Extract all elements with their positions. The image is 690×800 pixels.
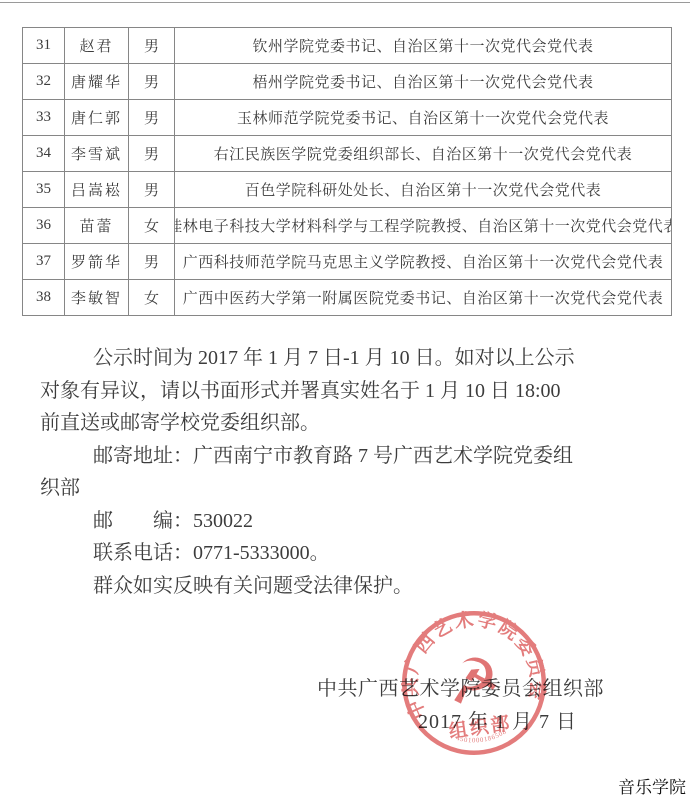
mailing-address-line: 邮寄地址：广西南宁市教育路 7 号广西艺术学院党委组 <box>40 440 656 473</box>
table-row: 32 唐耀华 男 梧州学院党委书记、自治区第十一次党代会党代表 <box>23 63 671 99</box>
table-row: 31 赵君 男 钦州学院党委书记、自治区第十一次党代会党代表 <box>23 28 671 63</box>
candidate-gender: 女 <box>128 208 174 243</box>
candidate-title: 百色学院科研处处长、自治区第十一次党代会党代表 <box>174 172 671 207</box>
notice-body: 公示时间为 2017 年 1 月 7 日-1 月 10 日。如对以上公示 对象有… <box>40 342 656 602</box>
candidate-gender: 女 <box>128 280 174 315</box>
candidate-title: 桂林电子科技大学材料科学与工程学院教授、自治区第十一次党代会党代表 <box>174 208 671 243</box>
candidate-gender: 男 <box>128 136 174 171</box>
candidate-gender: 男 <box>128 28 174 63</box>
candidate-gender: 男 <box>128 64 174 99</box>
row-number: 36 <box>23 208 64 243</box>
legal-protection-line: 群众如实反映有关问题受法律保护。 <box>40 570 656 603</box>
row-number: 38 <box>23 280 64 315</box>
official-seal: 中共广西艺术学院委员会 ☭ 组织部 4501000186508 <box>389 598 558 767</box>
contact-phone-line: 联系电话：0771-5333000。 <box>40 537 656 570</box>
candidates-table: 31 赵君 男 钦州学院党委书记、自治区第十一次党代会党代表 32 唐耀华 男 … <box>22 27 672 316</box>
row-number: 37 <box>23 244 64 279</box>
candidate-name: 李雪斌 <box>64 136 128 171</box>
candidate-name: 苗蕾 <box>64 208 128 243</box>
table-row: 37 罗箭华 男 广西科技师范学院马克思主义学院教授、自治区第十一次党代会党代表 <box>23 243 671 279</box>
row-number: 35 <box>23 172 64 207</box>
candidate-name: 唐仁郭 <box>64 100 128 135</box>
notice-line: 公示时间为 2017 年 1 月 7 日-1 月 10 日。如对以上公示 <box>40 342 656 375</box>
postal-code-line: 邮 编：530022 <box>40 505 656 538</box>
candidate-name: 吕嵩崧 <box>64 172 128 207</box>
candidate-title: 广西科技师范学院马克思主义学院教授、自治区第十一次党代会党代表 <box>174 244 671 279</box>
candidate-name: 李敏智 <box>64 280 128 315</box>
previous-row-divider <box>0 2 690 3</box>
mailing-address-line: 织部 <box>40 472 656 505</box>
candidate-gender: 男 <box>128 244 174 279</box>
candidate-title: 广西中医药大学第一附属医院党委书记、自治区第十一次党代会党代表 <box>174 280 671 315</box>
row-number: 34 <box>23 136 64 171</box>
candidate-title: 钦州学院党委书记、自治区第十一次党代会党代表 <box>174 28 671 63</box>
candidate-title: 玉林师范学院党委书记、自治区第十一次党代会党代表 <box>174 100 671 135</box>
document-page: 31 赵君 男 钦州学院党委书记、自治区第十一次党代会党代表 32 唐耀华 男 … <box>0 0 690 800</box>
table-row: 33 唐仁郭 男 玉林师范学院党委书记、自治区第十一次党代会党代表 <box>23 99 671 135</box>
row-number: 31 <box>23 28 64 63</box>
hammer-sickle-icon: ☭ <box>442 643 505 720</box>
candidate-gender: 男 <box>128 100 174 135</box>
candidate-title: 梧州学院党委书记、自治区第十一次党代会党代表 <box>174 64 671 99</box>
table-row: 36 苗蕾 女 桂林电子科技大学材料科学与工程学院教授、自治区第十一次党代会党代… <box>23 207 671 243</box>
candidate-name: 唐耀华 <box>64 64 128 99</box>
notice-line: 前直送或邮寄学校党委组织部。 <box>40 407 656 440</box>
row-number: 33 <box>23 100 64 135</box>
table-row: 34 李雪斌 男 右江民族医学院党委组织部长、自治区第十一次党代会党代表 <box>23 135 671 171</box>
candidate-gender: 男 <box>128 172 174 207</box>
candidate-name: 赵君 <box>64 28 128 63</box>
candidate-title: 右江民族医学院党委组织部长、自治区第十一次党代会党代表 <box>174 136 671 171</box>
row-number: 32 <box>23 64 64 99</box>
candidate-name: 罗箭华 <box>64 244 128 279</box>
notice-line: 对象有异议，请以书面形式并署真实姓名于 1 月 10 日 18:00 <box>40 375 656 408</box>
table-row: 38 李敏智 女 广西中医药大学第一附属医院党委书记、自治区第十一次党代会党代表 <box>23 279 671 315</box>
watermark-caption: 音乐学院 <box>618 773 686 798</box>
table-row: 35 吕嵩崧 男 百色学院科研处处长、自治区第十一次党代会党代表 <box>23 171 671 207</box>
